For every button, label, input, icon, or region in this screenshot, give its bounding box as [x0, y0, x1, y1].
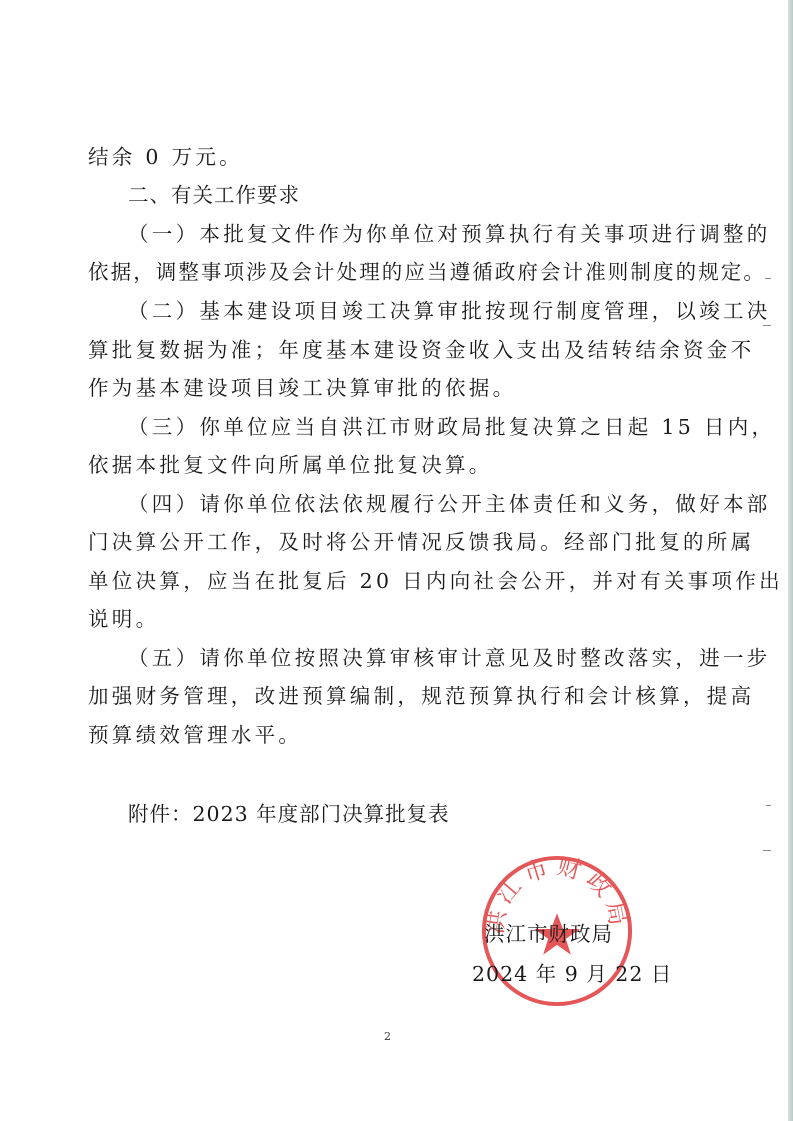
scan-mark [766, 805, 771, 806]
signature-organization: 洪江市财政局 [484, 920, 613, 948]
body-line: （一）本批复文件作为你单位对预算执行有关事项进行调整的 [128, 220, 748, 248]
signature-date: 2024 年 9 月 22 日 [472, 960, 672, 988]
scan-mark [763, 325, 771, 326]
body-line: 单位决算，应当在批复后 20 日内向社会公开，并对有关事项作出 [88, 567, 708, 595]
body-line: 作为基本建设项目竣工决算审批的依据。 [88, 374, 708, 402]
body-line: 结余 0 万元。 [88, 143, 708, 171]
body-line: （五）请你单位按照决算审核审计意见及时整改落实，进一步 [128, 644, 748, 672]
scan-mark [763, 850, 771, 851]
body-line: 算批复数据为准；年度基本建设资金收入支出及结转结余资金不 [88, 336, 708, 364]
body-line: 依据本批复文件向所属单位批复决算。 [88, 451, 708, 479]
document-page: 结余 0 万元。 二、有关工作要求 （一）本批复文件作为你单位对预算执行有关事项… [0, 0, 793, 1121]
section-heading: 二、有关工作要求 [128, 181, 748, 209]
body-line: 依据，调整事项涉及会计处理的应当遵循政府会计准则制度的规定。 [88, 258, 708, 286]
scan-edge [788, 0, 793, 1121]
body-line: 门决算公开工作，及时将公开情况反馈我局。经部门批复的所属 [88, 528, 708, 556]
body-line: 说明。 [88, 605, 708, 633]
attachment-note: 附件：2023 年度部门决算批复表 [128, 800, 748, 828]
body-line: （三）你单位应当自洪江市财政局批复决算之日起 15 日内， [128, 413, 748, 441]
body-line: （二）基本建设项目竣工决算审批按现行制度管理，以竣工决 [128, 297, 748, 325]
body-line: 预算绩效管理水平。 [88, 721, 708, 749]
body-line: （四）请你单位依法依规履行公开主体责任和义务，做好本部 [128, 490, 748, 518]
body-line: 加强财务管理，改进预算编制，规范预算执行和会计核算，提高 [88, 682, 708, 710]
page-number: 2 [384, 1030, 391, 1043]
